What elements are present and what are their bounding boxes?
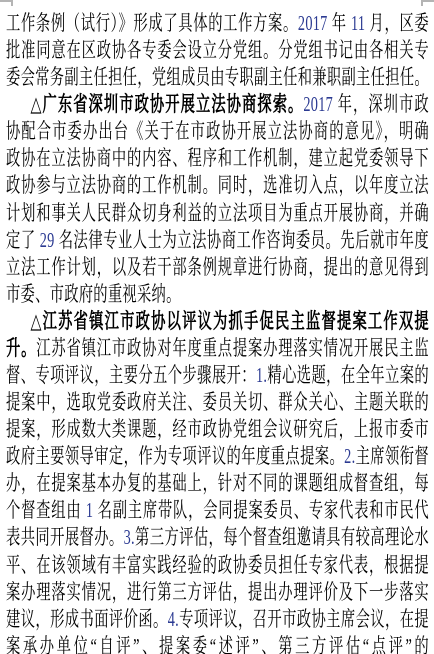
top-left-corner-mark bbox=[0, 0, 13, 6]
text-line-20: 表共同开展督办。3.第三方评估，每个督查组邀请具有较高理论水 bbox=[6, 524, 429, 551]
body-text: 月，区委 bbox=[365, 11, 429, 35]
body-text: 政协参与立法协商的工作机制。同时，选准切入点，以年度立法 bbox=[6, 173, 429, 197]
document-page: 工作条例（试行）》形成了具体的工作方案。2017 年 11 月，区委批准同意在区… bbox=[0, 0, 434, 654]
text-line-6: 政协在立法协商中的内容、程序和工作机制，建立起党委领导下 bbox=[6, 145, 429, 172]
body-text: 建议，形成书面评价函。 bbox=[6, 607, 168, 631]
text-line-1: 工作条例（试行）》形成了具体的工作方案。2017 年 11 月，区委 bbox=[6, 10, 429, 37]
body-text: 工作条例（试行）》形成了具体的工作方案。 bbox=[6, 11, 298, 35]
text-line-10: 立法工作计划，以及若干部条例规章进行协商，提出的意见得到 bbox=[6, 254, 429, 281]
text-line-2: 批准同意在区政协各专委会设立分党组。分党组书记由各相关专 bbox=[6, 37, 429, 64]
number-text: 29 bbox=[40, 228, 55, 252]
text-line-14: 督、专项评议，主要分五个步骤展开：1.精心选题，在全年立案的 bbox=[6, 362, 429, 389]
body-text: 计划和事关人民群众切身利益的立法项目为重点开展协商，并确 bbox=[6, 201, 429, 225]
number-text: 1. bbox=[256, 363, 267, 387]
text-line-11: 市委、市政府的重视采纳。 bbox=[6, 281, 429, 308]
body-text: 批准同意在区政协各专委会设立分党组。分党组书记由各相关专 bbox=[6, 38, 429, 62]
text-line-24: 案承办单位“自评”、提案委“述评”、第三方评估“点评”的 bbox=[6, 633, 429, 654]
number-text: 11 bbox=[351, 11, 365, 35]
body-text: 主席领衔督 bbox=[355, 444, 429, 468]
body-text: 表共同开展督办。 bbox=[6, 525, 124, 549]
text-line-15: 提案中，选取党委政府关注、委员关切、群众关心、主题关联的 bbox=[6, 389, 429, 416]
body-text: 市委、市政府的重视采纳。 bbox=[6, 282, 181, 306]
body-text: 江苏省镇江市政协对年度重点提案办理落实情况开展民主监 bbox=[36, 336, 429, 360]
heading-text: △江苏省镇江市政协以评议为抓手促民主监督提案工作双提 bbox=[30, 310, 428, 333]
number-text: 3. bbox=[124, 525, 135, 549]
body-text: 督、专项评议，主要分五个步骤展开： bbox=[6, 363, 256, 387]
text-line-3: 委会常务副主任担任，党组成员由专职副主任和兼职副主任担任。 bbox=[6, 64, 429, 91]
body-text: 第三方评估，每个督查组邀请具有较高理论水 bbox=[135, 525, 429, 549]
body-text: 立法工作计划，以及若干部条例规章进行协商，提出的意见得到 bbox=[6, 255, 429, 279]
number-text: 4. bbox=[168, 607, 179, 631]
text-line-9: 定了 29 名法律专业人士为立法协商工作咨询委员。先后就市年度 bbox=[6, 227, 429, 254]
body-text: 提案，形成数大类课题，经市政协党组会议研究后，上报市委市 bbox=[6, 417, 429, 441]
text-line-17: 政府主要领导审定，作为专项评议的年度重点提案。2.主席领衔督 bbox=[6, 443, 429, 470]
body-text: 办，在提案基本办复的基础上，针对不同的课题组成督查组，每 bbox=[6, 471, 429, 495]
text-line-18: 办，在提案基本办复的基础上，针对不同的课题组成督查组，每 bbox=[6, 470, 429, 497]
body-text: 个督查组由 bbox=[6, 498, 86, 522]
heading-text: 升。 bbox=[6, 337, 36, 360]
body-text: 名副主席带队，会同提案委员、专家代表和市民代 bbox=[93, 498, 429, 522]
body-text: 案办理落实情况，进行第三方评估，提出办理评价及下一步落实 bbox=[6, 580, 429, 604]
body-text: 精心选题，在全年立案的 bbox=[267, 363, 429, 387]
text-line-13: 升。江苏省镇江市政协对年度重点提案办理落实情况开展民主监 bbox=[6, 335, 429, 362]
text-line-23: 建议，形成书面评价函。4.专项评议，召开市政协主席会议，在提 bbox=[6, 606, 429, 633]
top-right-corner-mark bbox=[421, 0, 434, 6]
text-line-22: 案办理落实情况，进行第三方评估，提出办理评价及下一步落实 bbox=[6, 579, 429, 606]
text-line-21: 平、在该领域有丰富实践经验的政协委员担任专家代表，根据提 bbox=[6, 552, 429, 579]
text-line-19: 个督查组由 1 名副主席带队，会同提案委员、专家代表和市民代 bbox=[6, 497, 429, 524]
text-line-5: 协配合市委办出台《关于在市政协开展立法协商的意见》，明确 bbox=[6, 118, 429, 145]
body-text: 协配合市委办出台《关于在市政协开展立法协商的意见》，明确 bbox=[6, 119, 429, 143]
heading-text: △广东省深圳市政协开展立法协商探索。 bbox=[30, 93, 303, 116]
text-line-4: △广东省深圳市政协开展立法协商探索。2017 年，深圳市政 bbox=[6, 91, 429, 118]
body-text: 名法律专业人士为立法协商工作咨询委员。先后就市年度 bbox=[55, 228, 429, 252]
text-content: 工作条例（试行）》形成了具体的工作方案。2017 年 11 月，区委批准同意在区… bbox=[6, 10, 430, 654]
body-text: 年 bbox=[328, 11, 351, 35]
text-line-12: △江苏省镇江市政协以评议为抓手促民主监督提案工作双提 bbox=[6, 308, 429, 335]
text-line-7: 政协参与立法协商的工作机制。同时，选准切入点，以年度立法 bbox=[6, 172, 429, 199]
number-text: 2017 bbox=[298, 11, 328, 35]
body-text: 年，深圳市政 bbox=[333, 92, 429, 116]
body-text: 案承办单位“自评”、提案委“述评”、第三方评估“点评”的 bbox=[6, 634, 429, 654]
body-text: 平、在该领域有丰富实践经验的政协委员担任专家代表，根据提 bbox=[6, 553, 429, 577]
number-text: 2. bbox=[344, 444, 355, 468]
body-text: 提案中，选取党委政府关注、委员关切、群众关心、主题关联的 bbox=[6, 390, 429, 414]
body-text: 定了 bbox=[6, 228, 40, 252]
body-text: 委会常务副主任担任，党组成员由专职副主任和兼职副主任担任。 bbox=[6, 65, 429, 89]
text-line-16: 提案，形成数大类课题，经市政协党组会议研究后，上报市委市 bbox=[6, 416, 429, 443]
text-line-8: 计划和事关人民群众切身利益的立法项目为重点开展协商，并确 bbox=[6, 200, 429, 227]
body-text: 专项评议，召开市政协主席会议，在提 bbox=[179, 607, 429, 631]
number-text: 2017 bbox=[303, 92, 333, 116]
body-text: 政协在立法协商中的内容、程序和工作机制，建立起党委领导下 bbox=[6, 146, 429, 170]
body-text: 政府主要领导审定，作为专项评议的年度重点提案。 bbox=[6, 444, 344, 468]
